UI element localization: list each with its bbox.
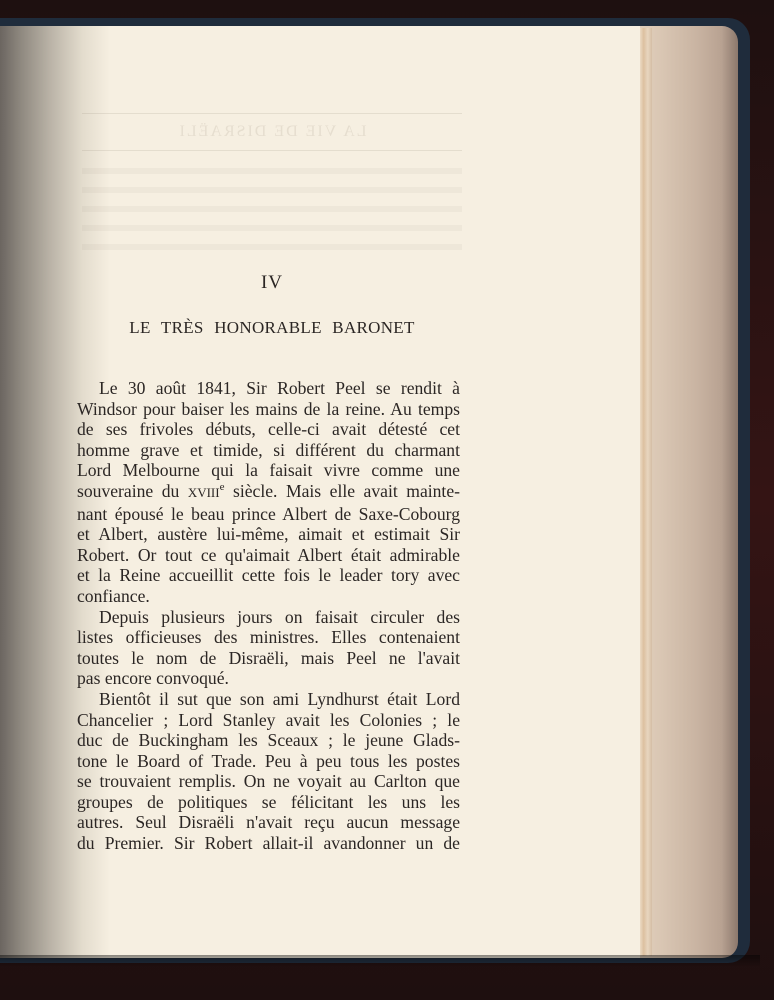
text-line: du Premier. Sir Robert allait-il avandon… [77, 833, 460, 854]
text-line: Robert. Or tout ce qu'aimait Albert étai… [77, 545, 460, 566]
text-line: Depuis plusieurs jours on faisait circul… [77, 607, 460, 628]
text-line: Windsor pour baiser les mains de la rein… [77, 399, 460, 420]
text-line: Chancelier ; Lord Stanley avait les Colo… [77, 710, 460, 731]
superscript: e [220, 481, 225, 493]
text-line: confiance. [77, 586, 460, 607]
text-line: Le 30 août 1841, Sir Robert Peel se rend… [77, 378, 460, 399]
text-line: Lord Melbourne qui la faisait vivre comm… [77, 460, 460, 481]
body-text: Le 30 août 1841, Sir Robert Peel se rend… [77, 378, 460, 854]
text-line: pas encore convoqué. [77, 668, 460, 689]
text-line: et la Reine accueillit cette fois le lea… [77, 565, 460, 586]
text-line: listes officieuses des ministres. Elles … [77, 627, 460, 648]
text-line: Bientôt il sut que son ami Lyndhurst éta… [77, 689, 460, 710]
text-line: souveraine du XVIIIe siècle. Mais elle a… [77, 481, 460, 504]
century-numeral: XVIII [188, 485, 220, 500]
text-line: autres. Seul Disraëli n'avait reçu aucun… [77, 812, 460, 833]
text-line: tone le Board of Trade. Peu à peu tous l… [77, 751, 460, 772]
text-line: se trouvaient remplis. On ne voyait au C… [77, 771, 460, 792]
text-line: groupes de politiques se félicitant les … [77, 792, 460, 813]
chapter-number: IV [82, 272, 462, 294]
text-line: duc de Buckingham les Sceaux ; le jeune … [77, 730, 460, 751]
text-line: toutes le nom de Disraëli, mais Peel ne … [77, 648, 460, 669]
text-line: nant épousé le beau prince Albert de Sax… [77, 504, 460, 525]
text-line: homme grave et timide, si différent du c… [77, 440, 460, 461]
page-torn-edge [638, 28, 652, 956]
running-header-bleedthrough: LA VIE DE DISRAËLI [82, 113, 462, 151]
bleedthrough-text [82, 168, 462, 263]
chapter-title: LE TRÈS HONORABLE BARONET [82, 318, 462, 338]
text-line: de ses frivoles débuts, celle-ci avait d… [77, 419, 460, 440]
bottom-shadow [0, 955, 760, 967]
text-line: et Albert, austère lui-même, aimait et e… [77, 524, 460, 545]
